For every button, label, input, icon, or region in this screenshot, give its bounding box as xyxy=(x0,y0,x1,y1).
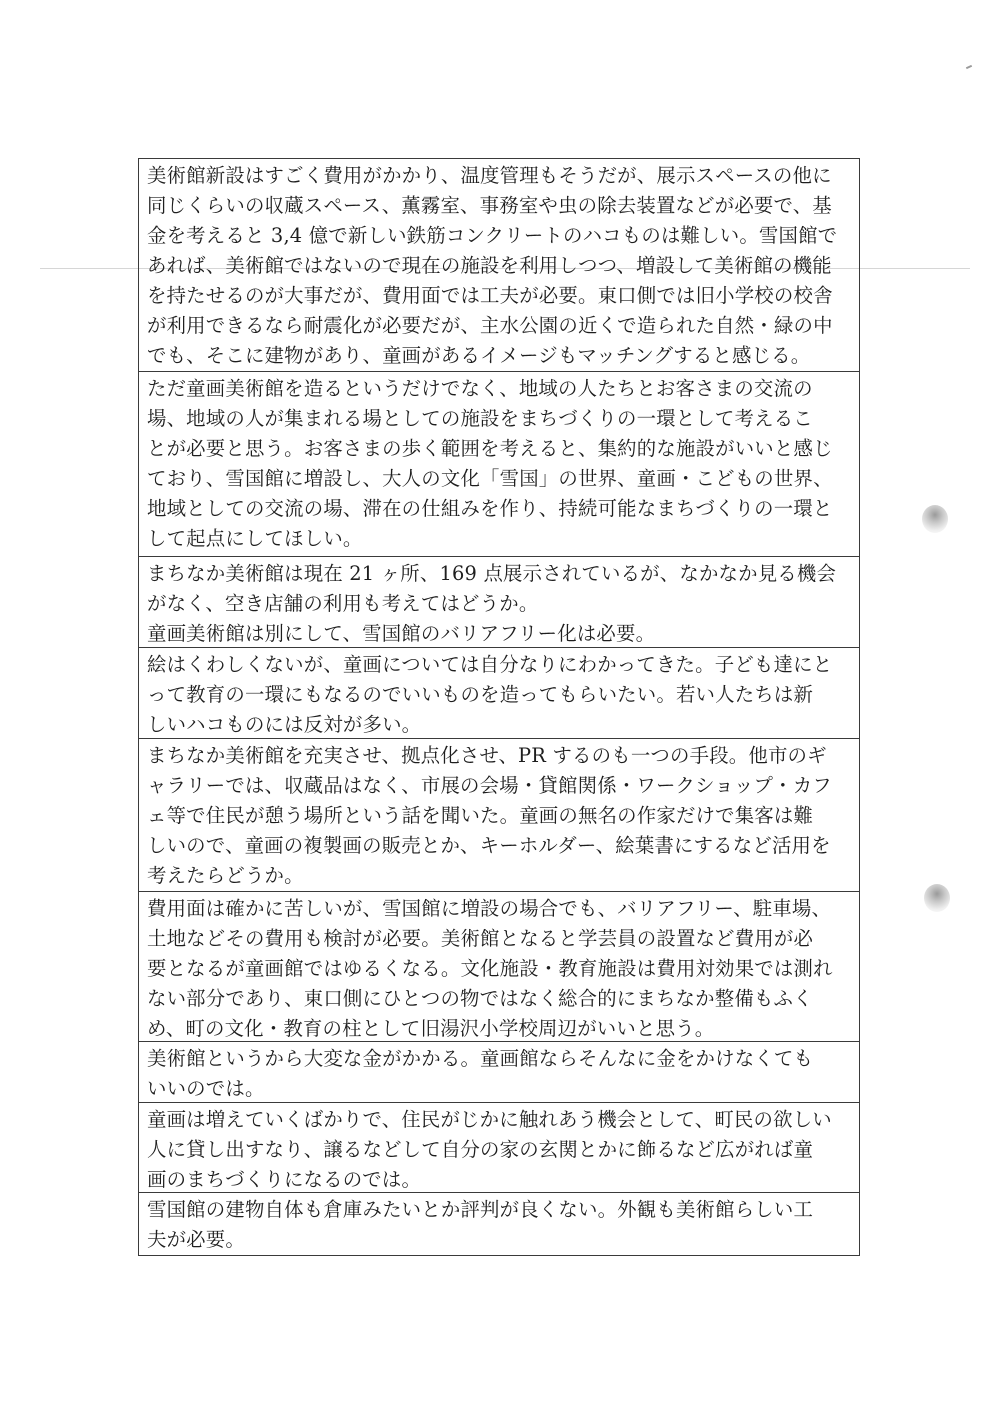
comment-line: とが必要と思う。お客さまの歩く範囲を考えると、集約的な施設がいいと感じ xyxy=(147,434,853,464)
comment-row: 美術館新設はすごく費用がかかり、温度管理もそうだが、展示スペースの他に 同じくら… xyxy=(139,159,859,371)
comment-line: がなく、空き店舗の利用も考えてはどうか。 xyxy=(147,589,853,619)
comment-row: 費用面は確かに苦しいが、雪国館に増設の場合でも、バリアフリー、駐車場、 土地など… xyxy=(139,891,859,1041)
scan-speck xyxy=(966,65,972,69)
comment-row: まちなか美術館は現在 21 ヶ所、169 点展示されているが、なかなか見る機会 … xyxy=(139,556,859,647)
comment-line: め、町の文化・教育の柱として旧湯沢小学校周辺がいいと思う。 xyxy=(147,1014,853,1044)
comment-line: 同じくらいの収蔵スペース、薫霧室、事務室や虫の除去装置などが必要で、基 xyxy=(147,191,853,221)
comment-line: でも、そこに建物があり、童画があるイメージもマッチングすると感じる。 xyxy=(147,341,853,371)
comment-line: 美術館というから大変な金がかかる。童画館ならそんなに金をかけなくても xyxy=(147,1044,853,1074)
comment-line: あれば、美術館ではないので現在の施設を利用しつつ、増設して美術館の機能 xyxy=(147,251,853,281)
comment-line: まちなか美術館を充実させ、拠点化させ、PR するのも一つの手段。他市のギ xyxy=(147,741,853,771)
comment-line: 雪国館の建物自体も倉庫みたいとか評判が良くない。外観も美術館らしい工 xyxy=(147,1195,853,1225)
comment-line: が利用できるなら耐震化が必要だが、主水公園の近くで造られた自然・緑の中 xyxy=(147,311,853,341)
punch-hole-icon xyxy=(924,884,950,912)
comment-row: ただ童画美術館を造るというだけでなく、地域の人たちとお客さまの交流の 場、地域の… xyxy=(139,371,859,556)
comment-line: って教育の一環にもなるのでいいものを造ってもらいたい。若い人たちは新 xyxy=(147,680,853,710)
comment-line: して起点にしてほしい。 xyxy=(147,524,853,554)
comment-table: 美術館新設はすごく費用がかかり、温度管理もそうだが、展示スペースの他に 同じくら… xyxy=(138,158,860,1256)
comment-line: しいハコものには反対が多い。 xyxy=(147,710,853,740)
comment-line: 絵はくわしくないが、童画については自分なりにわかってきた。子ども達にと xyxy=(147,650,853,680)
comment-line: ており、雪国館に増設し、大人の文化「雪国」の世界、童画・こどもの世界、 xyxy=(147,464,853,494)
comment-row: 絵はくわしくないが、童画については自分なりにわかってきた。子ども達にと って教育… xyxy=(139,647,859,738)
comment-line: ェ等で住民が憩う場所という話を聞いた。童画の無名の作家だけで集客は難 xyxy=(147,801,853,831)
comment-row: 美術館というから大変な金がかかる。童画館ならそんなに金をかけなくても いいのでは… xyxy=(139,1041,859,1102)
comment-line: 画のまちづくりになるのでは。 xyxy=(147,1165,853,1195)
comment-line: まちなか美術館は現在 21 ヶ所、169 点展示されているが、なかなか見る機会 xyxy=(147,559,853,589)
comment-line: 夫が必要。 xyxy=(147,1225,853,1255)
comment-line: 童画は増えていくばかりで、住民がじかに触れあう機会として、町民の欲しい xyxy=(147,1105,853,1135)
comment-line: 要となるが童画館ではゆるくなる。文化施設・教育施設は費用対効果では測れ xyxy=(147,954,853,984)
punch-hole-icon xyxy=(922,505,948,533)
comment-line: 場、地域の人が集まれる場としての施設をまちづくりの一環として考えるこ xyxy=(147,404,853,434)
comment-line: 土地などその費用も検討が必要。美術館となると学芸員の設置など費用が必 xyxy=(147,924,853,954)
comment-line: 考えたらどうか。 xyxy=(147,861,853,891)
comment-line: しいので、童画の複製画の販売とか、キーホルダー、絵葉書にするなど活用を xyxy=(147,831,853,861)
comment-line: 金を考えると 3,4 億で新しい鉄筋コンクリートのハコものは難しい。雪国館で xyxy=(147,221,853,251)
comment-line: 人に貸し出すなり、譲るなどして自分の家の玄関とかに飾るなど広がれば童 xyxy=(147,1135,853,1165)
comment-line: 費用面は確かに苦しいが、雪国館に増設の場合でも、バリアフリー、駐車場、 xyxy=(147,894,853,924)
comment-row: 雪国館の建物自体も倉庫みたいとか評判が良くない。外観も美術館らしい工 夫が必要。 xyxy=(139,1192,859,1255)
comment-line: 童画美術館は別にして、雪国館のバリアフリー化は必要。 xyxy=(147,619,853,649)
comment-row: 童画は増えていくばかりで、住民がじかに触れあう機会として、町民の欲しい 人に貸し… xyxy=(139,1102,859,1192)
comment-line: いいのでは。 xyxy=(147,1074,853,1104)
comment-line: ャラリーでは、収蔵品はなく、市展の会場・貸館関係・ワークショップ・カフ xyxy=(147,771,853,801)
comment-line: を持たせるのが大事だが、費用面では工夫が必要。東口側では旧小学校の校舎 xyxy=(147,281,853,311)
comment-line: ただ童画美術館を造るというだけでなく、地域の人たちとお客さまの交流の xyxy=(147,374,853,404)
comment-line: 美術館新設はすごく費用がかかり、温度管理もそうだが、展示スペースの他に xyxy=(147,161,853,191)
comment-line: 地域としての交流の場、滞在の仕組みを作り、持続可能なまちづくりの一環と xyxy=(147,494,853,524)
comment-line: ない部分であり、東口側にひとつの物ではなく総合的にまちなか整備もふく xyxy=(147,984,853,1014)
comment-row: まちなか美術館を充実させ、拠点化させ、PR するのも一つの手段。他市のギ ャラリ… xyxy=(139,738,859,891)
